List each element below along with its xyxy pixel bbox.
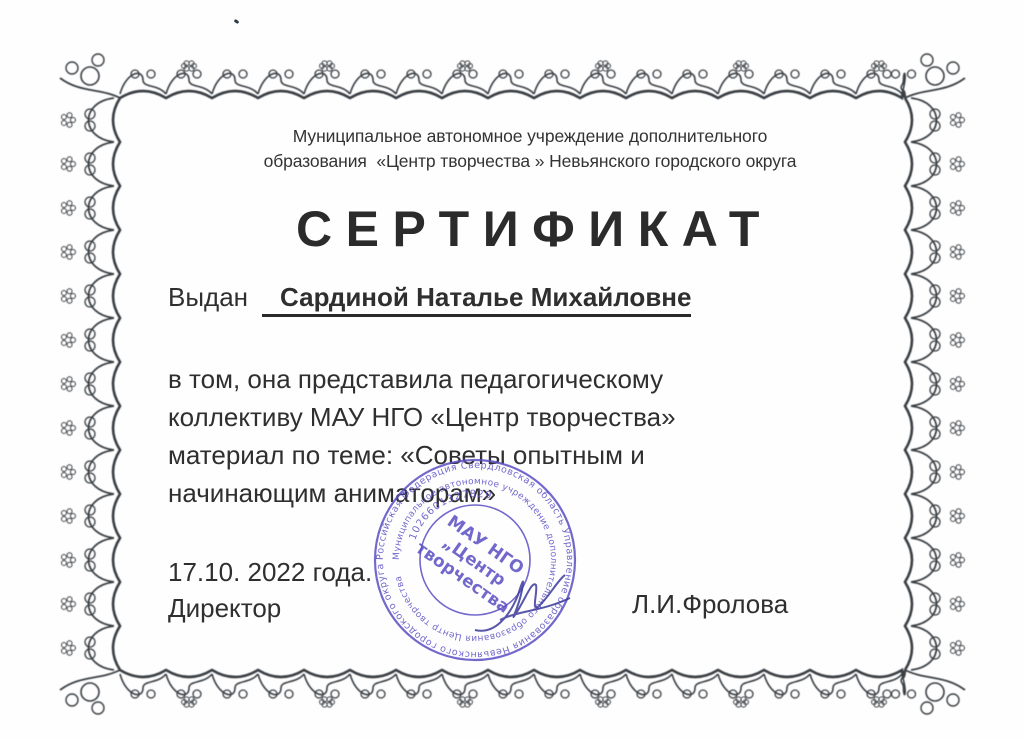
- organization-line-1: Муниципальное автономное учреждение допо…: [150, 124, 910, 149]
- recipient-name: Сардиной Наталье Михайловне: [262, 280, 691, 317]
- signer-name: Л.И.Фролова: [632, 589, 788, 620]
- body-line-2: коллективу МАУ НГО «Центр творчества»: [168, 398, 676, 436]
- certificate-title: СЕРТИФИКАТ: [296, 200, 773, 258]
- issued-label: Выдан: [168, 282, 248, 312]
- organization-header: Муниципальное автономное учреждение допо…: [150, 124, 910, 174]
- certificate-page: Муниципальное автономное учреждение допо…: [0, 0, 1024, 741]
- organization-line-2: образования «Центр творчества » Невьянск…: [150, 149, 910, 174]
- signer-role: Директор: [168, 593, 281, 624]
- issued-to-line: ВыданСардиной Наталье Михайловне: [168, 280, 691, 317]
- issue-date: 17.10. 2022 года.: [168, 557, 372, 588]
- signature: [470, 560, 580, 640]
- body-line-1: в том, она представила педагогическому: [168, 360, 676, 398]
